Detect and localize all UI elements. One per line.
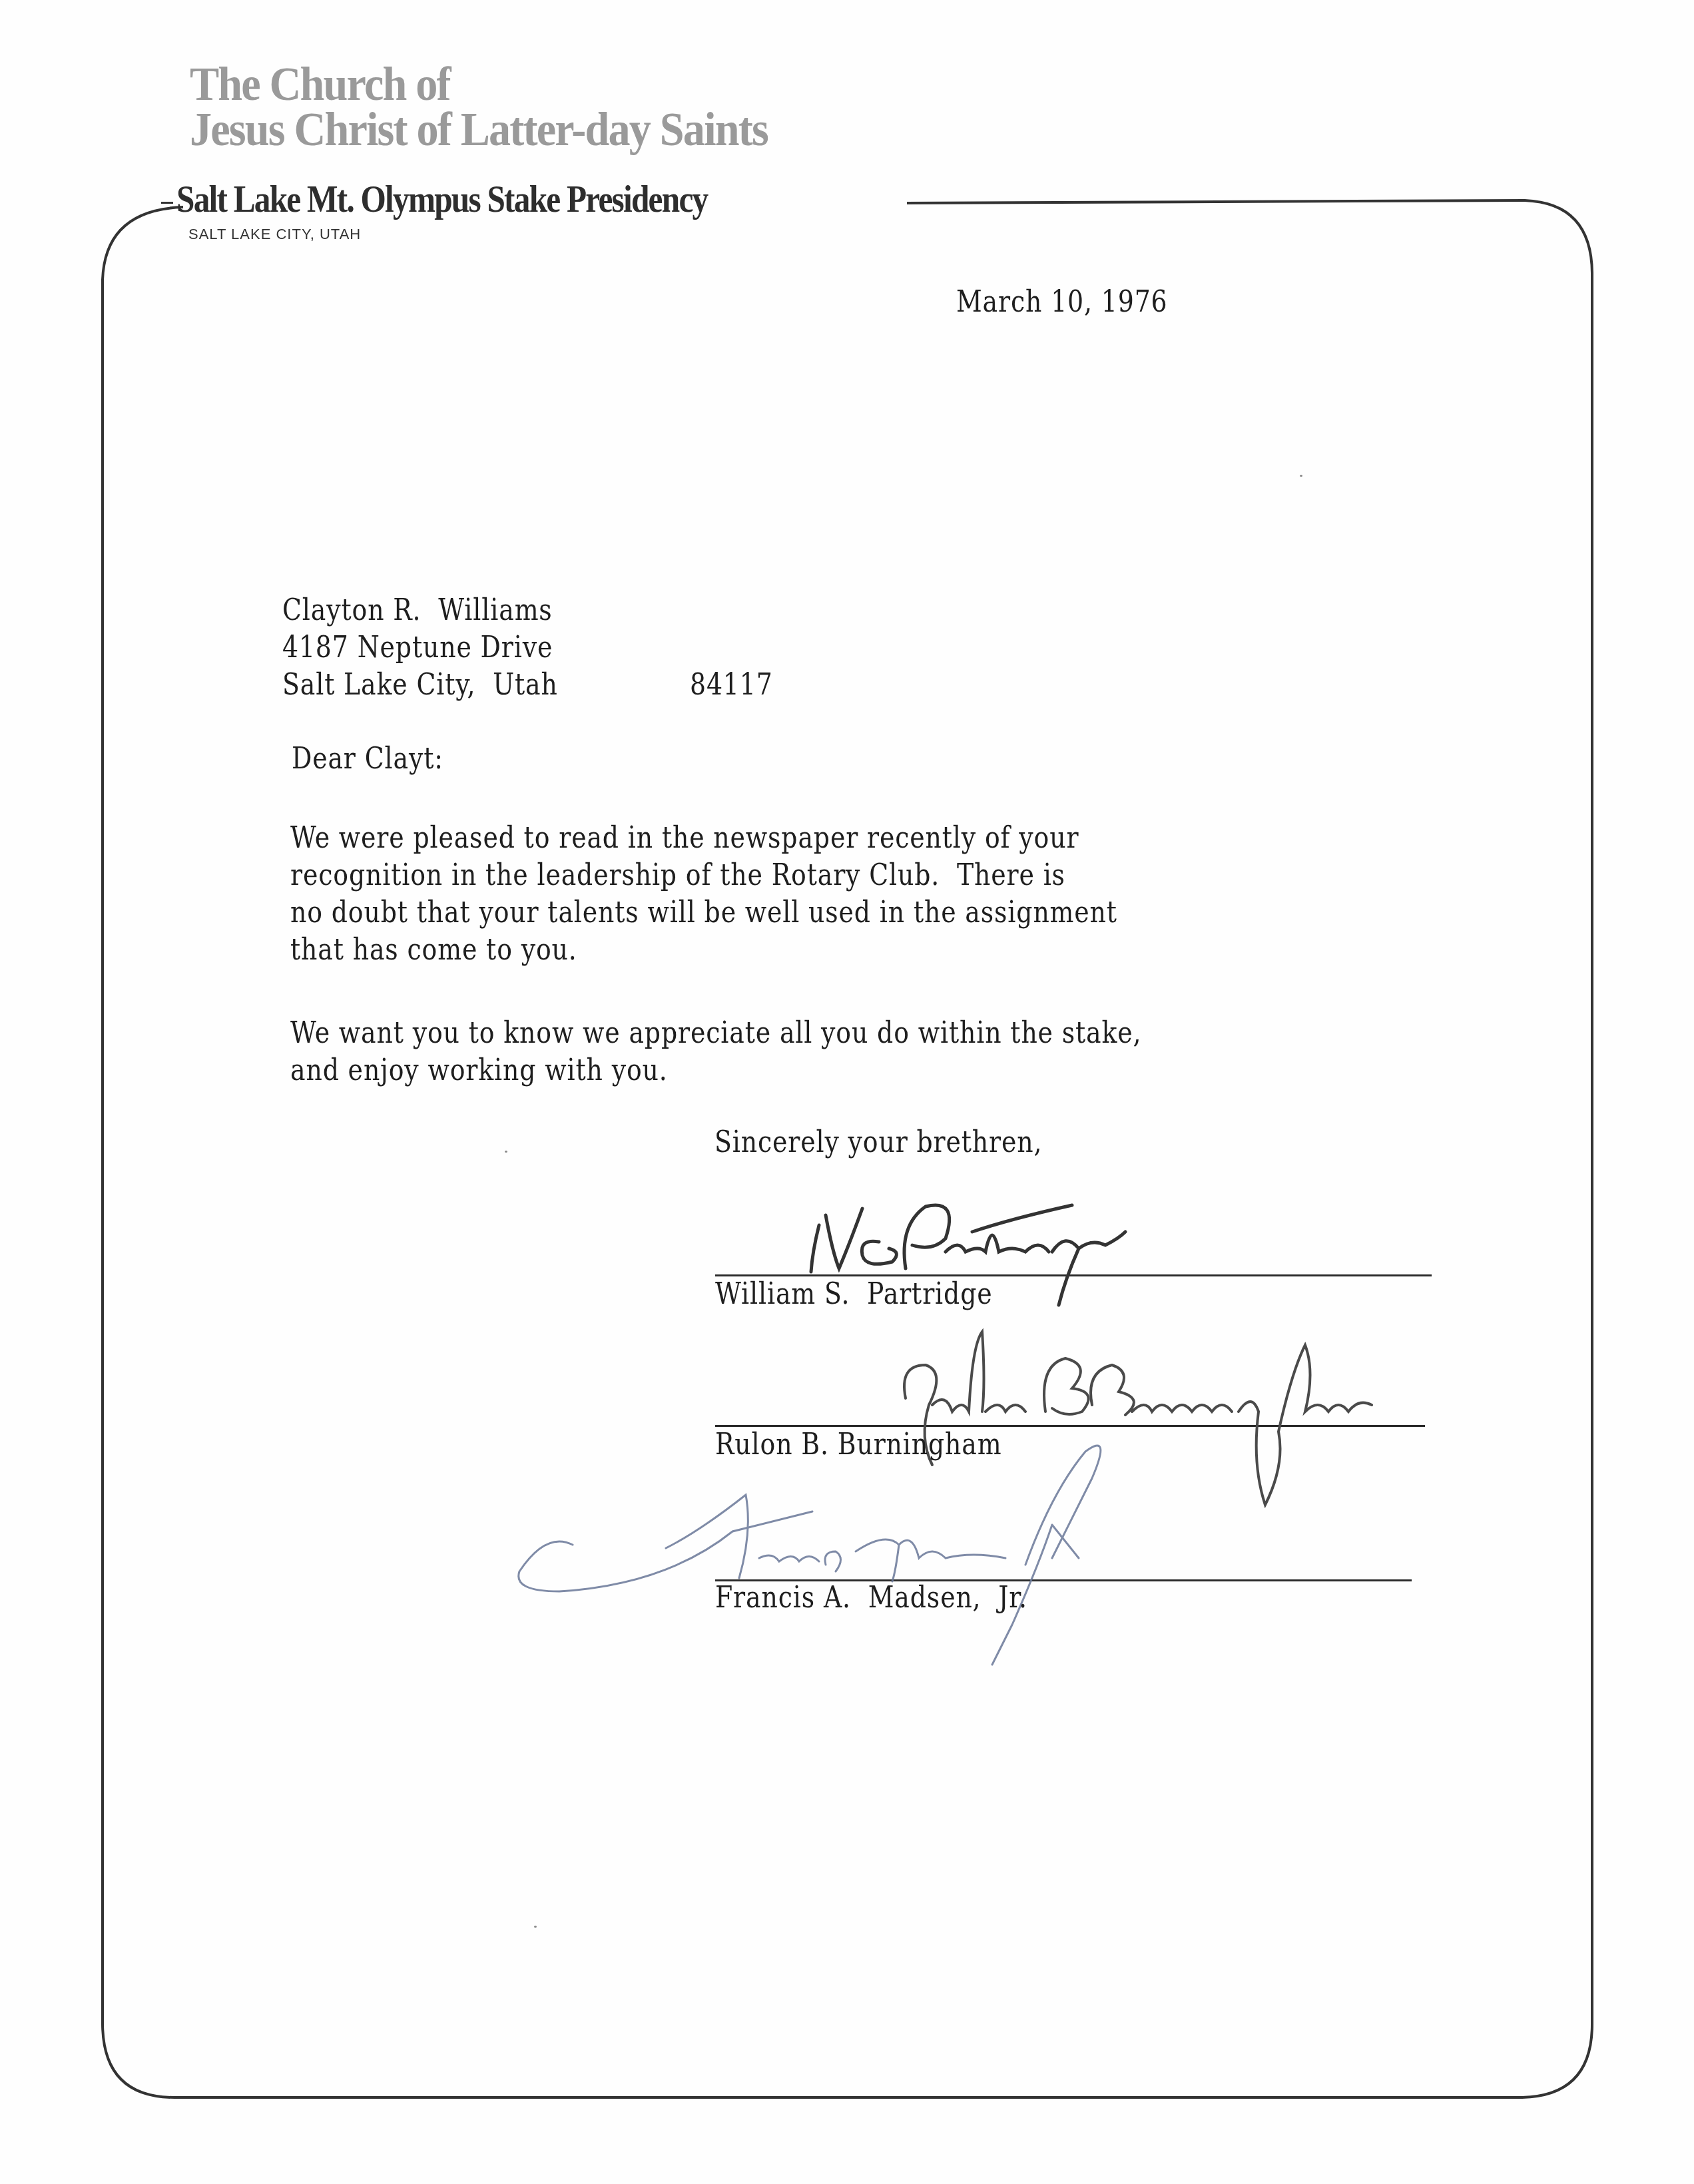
stake-presidency-title: Salt Lake Mt. Olympus Stake Presidency: [176, 178, 707, 221]
church-name-logo: The Church of Jesus Christ of Latter-day…: [190, 61, 768, 152]
signatory-name: Francis A. Madsen, Jr.: [715, 1581, 1027, 1615]
church-name-line2: Jesus Christ of Latter-day Saints: [190, 107, 768, 152]
recipient-city-state: Salt Lake City, Utah: [282, 668, 558, 702]
signature-line: [715, 1274, 1432, 1276]
paper-speck: [1300, 475, 1302, 477]
body-line: no doubt that your talents will be well …: [290, 896, 1117, 930]
letter-date: March 10, 1976: [956, 285, 1168, 319]
recipient-street: 4187 Neptune Drive: [282, 631, 553, 665]
closing: Sincerely your brethren,: [714, 1125, 1042, 1159]
body-line: recognition in the leadership of the Rot…: [290, 858, 1065, 892]
header-dash: [161, 202, 173, 204]
signature-line: [715, 1425, 1425, 1427]
recipient-name: Clayton R. Williams: [282, 593, 553, 627]
body-line: and enjoy working with you.: [290, 1053, 668, 1087]
recipient-zip: 84117: [690, 668, 773, 702]
stake-city: SALT LAKE CITY, UTAH: [188, 226, 361, 243]
body-line: that has come to you.: [290, 933, 577, 967]
paper-speck: [505, 1151, 507, 1153]
body-line: We were pleased to read in the newspaper…: [290, 821, 1079, 855]
signatory-name: Rulon B. Burningham: [715, 1428, 1001, 1462]
page-frame-border: [0, 0, 1694, 2184]
body-line: We want you to know we appreciate all yo…: [290, 1016, 1141, 1050]
signatory-name: William S. Partridge: [715, 1277, 992, 1311]
letter-page: The Church of Jesus Christ of Latter-day…: [0, 0, 1694, 2184]
paper-speck: [534, 1926, 537, 1928]
salutation: Dear Clayt:: [292, 742, 443, 776]
church-name-line1: The Church of: [190, 61, 768, 107]
